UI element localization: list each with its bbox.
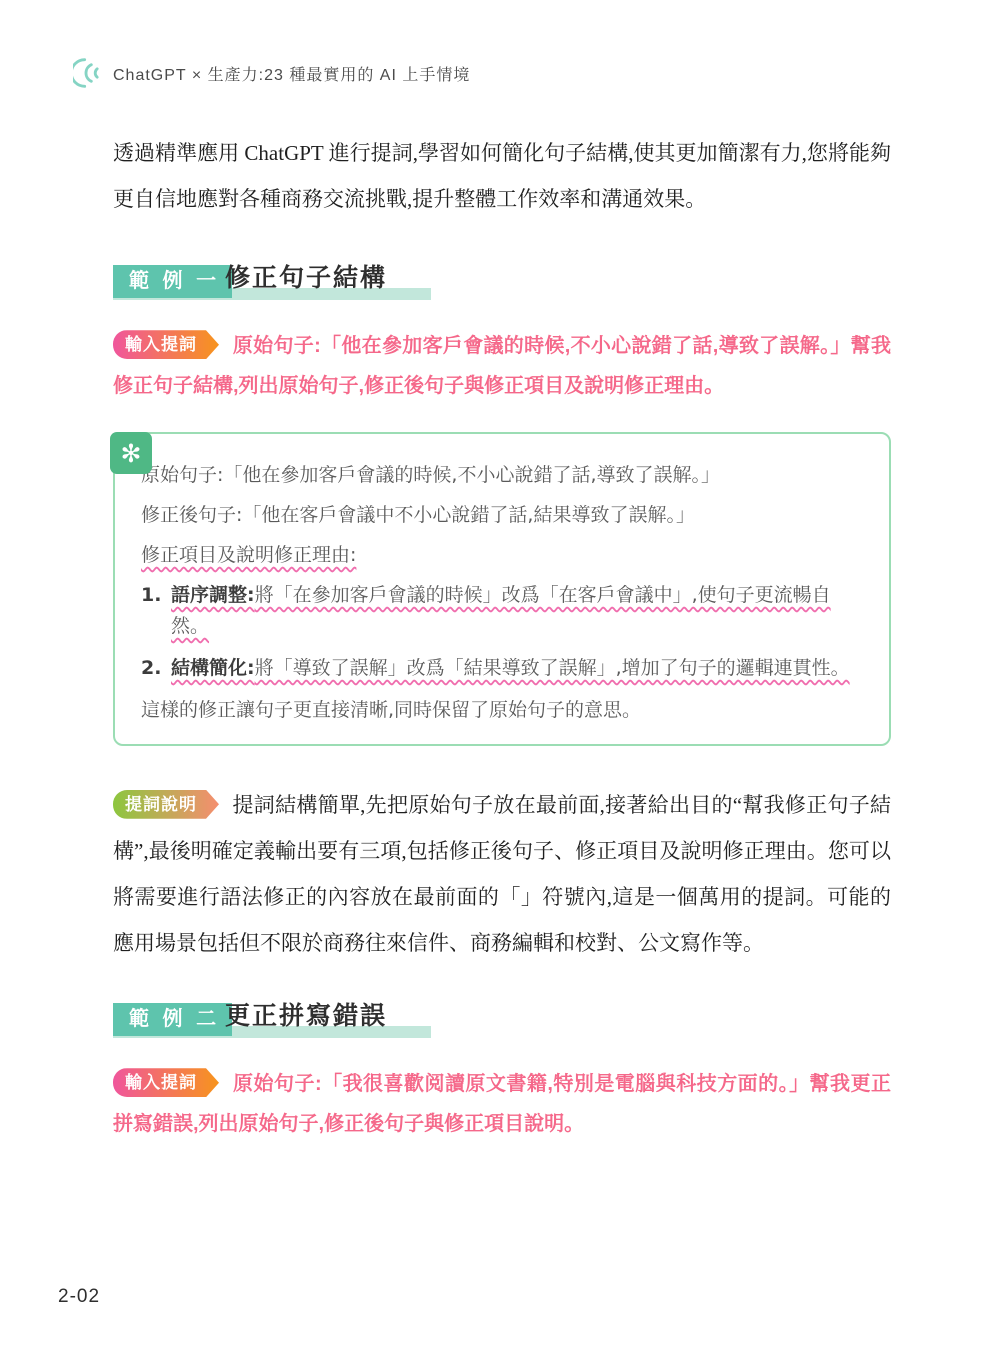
response-closing: 這樣的修正讓句子更直接清晰,同時保留了原始句子的意思。 [141,695,863,726]
item-number: 1. [141,580,171,642]
chatgpt-response-box: 原始句子:「他在參加客戶會議的時候,不小心說錯了話,導致了誤解。」 修正後句子:… [113,432,891,746]
example1-heading: 範 例 一 修正句子結構 [113,260,891,300]
book-title: ChatGPT × 生產力:23 種最實用的 AI 上手情境 [113,62,470,85]
example1-badge: 範 例 一 [113,265,232,298]
response-original-sentence: 原始句子:「他在參加客戶會議的時候,不小心說錯了話,導致了誤解。」 [141,460,863,491]
page-header: ChatGPT × 生產力:23 種最實用的 AI 上手情境 [73,56,470,90]
response-corrected-sentence: 修正後句子:「他在客戶會議中不小心說錯了話,結果導致了誤解。」 [141,500,863,531]
example2-prompt-text: 原始句子:「我很喜歡阅讀原文書籍,特別是電腦與科技方面的。」幫我更正拼寫錯誤,列… [113,1073,891,1135]
item-text: 語序調整:將「在參加客戶會議的時候」改爲「在客戶會議中」,使句子更流暢自然。 [171,580,863,642]
input-prompt-badge-label: 輸入提詞 [125,1073,197,1092]
item-number: 2. [141,653,171,684]
input-prompt-badge: 輸入提詞 [113,1068,219,1097]
book-page: ChatGPT × 生產力:23 種最實用的 AI 上手情境 透過精準應用 Ch… [0,0,1000,1353]
main-content: 透過精準應用 ChatGPT 進行提詞,學習如何簡化句子結構,使其更加簡潔有力,… [113,130,891,1144]
prompt-note-badge-label: 提詞說明 [125,795,197,814]
intro-paragraph: 透過精準應用 ChatGPT 進行提詞,學習如何簡化句子結構,使其更加簡潔有力,… [113,130,891,222]
chatgpt-icon: ✻ [110,432,152,474]
example2-badge: 範 例 二 [113,1003,232,1036]
response-items-heading: 修正項目及說明修正理由: [141,540,863,571]
example1-title: 修正句子結構 [225,258,387,294]
example1-prompt-paragraph: 輸入提詞 原始句子:「他在參加客戶會議的時候,不小心說錯了話,導致了誤解。」幫我… [113,326,891,406]
example2-title: 更正拼寫錯誤 [225,996,387,1032]
item-text: 結構簡化:將「導致了誤解」改爲「結果導致了誤解」,增加了句子的邏輯連貫性。 [171,653,850,684]
input-prompt-badge: 輸入提詞 [113,330,219,359]
input-prompt-badge-label: 輸入提詞 [125,335,197,354]
example1-prompt-text: 原始句子:「他在參加客戶會議的時候,不小心說錯了話,導致了誤解。」幫我修正句子結… [113,335,891,397]
chatgpt-response-block: ✻ 原始句子:「他在參加客戶會議的時候,不小心說錯了話,導致了誤解。」 修正後句… [113,432,891,746]
response-item-2: 2. 結構簡化:將「導致了誤解」改爲「結果導致了誤解」,增加了句子的邏輯連貫性。 [141,653,863,684]
response-item-1: 1. 語序調整:將「在參加客戶會議的時候」改爲「在客戶會議中」,使句子更流暢自然… [141,580,863,642]
prompt-note-text: 提詞結構簡單,先把原始句子放在最前面,接著給出目的“幫我修正句子結構”,最後明確… [113,793,891,955]
page-number: 2-02 [58,1286,100,1308]
example2-prompt-paragraph: 輸入提詞 原始句子:「我很喜歡阅讀原文書籍,特別是電腦與科技方面的。」幫我更正拼… [113,1064,891,1144]
example2-heading: 範 例 二 更正拼寫錯誤 [113,998,891,1038]
prompt-note-badge: 提詞說明 [113,790,219,819]
prompt-note-paragraph: 提詞說明 提詞結構簡單,先把原始句子放在最前面,接著給出目的“幫我修正句子結構”… [113,782,891,966]
sound-waves-icon [73,56,103,90]
chatgpt-icon-glyph: ✻ [121,441,142,466]
